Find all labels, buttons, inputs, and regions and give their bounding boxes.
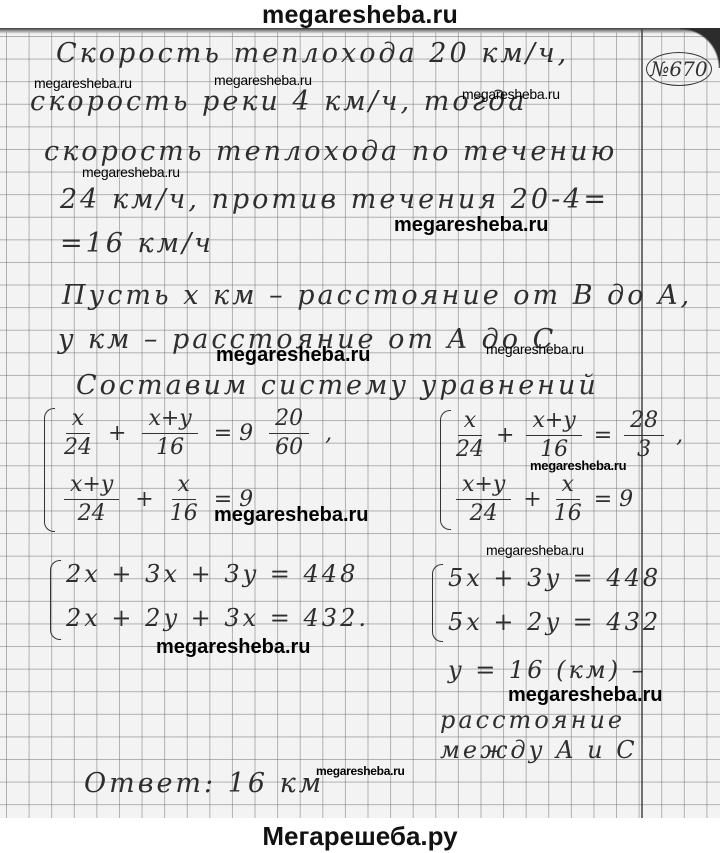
fraction: 2060 (269, 408, 309, 459)
result-line-2: расстояние (440, 706, 625, 734)
watermark: megaresheba.ru (462, 86, 560, 102)
brace (432, 564, 443, 642)
notebook-page: №670 Скорость теплохода 20 км/ч, скорост… (0, 28, 720, 818)
equation-1: x24 + x+y16 = 9 2060 , (64, 408, 332, 459)
fraction: 283 (624, 410, 664, 461)
brace (50, 560, 61, 640)
equation-2: x+y24 + x16 = 9 (456, 474, 633, 525)
watermark: megaresheba.ru (486, 542, 584, 558)
watermark: megaresheba.ru (530, 458, 626, 473)
brace (44, 408, 55, 532)
solution-line-5: =16 км/ч (60, 228, 214, 259)
watermark: megaresheba.ru (214, 504, 369, 527)
watermark: megaresheba.ru (216, 344, 371, 367)
fraction: x16 (554, 474, 582, 525)
equation-1: 5x + 3y = 448 (448, 564, 661, 592)
fraction: x+y16 (526, 410, 581, 461)
watermark: megaresheba.ru (34, 75, 132, 91)
equation-1: 2x + 3x + 3y = 448 (66, 560, 358, 588)
watermark: megaresheba.ru (156, 636, 311, 659)
solution-line-1: Скорость теплохода 20 км/ч, (56, 38, 569, 69)
site-header: megaresheba.ru (0, 0, 720, 28)
page-edge-shadow (0, 28, 720, 34)
fraction: x24 (456, 410, 484, 461)
watermark: megaresheba.ru (316, 764, 405, 778)
site-footer: Мегарешеба.ру (0, 818, 720, 853)
answer: Ответ: 16 км (84, 768, 324, 799)
fraction: x16 (170, 474, 198, 525)
solution-line-8: Составим систему уравнений (76, 370, 599, 401)
watermark: megaresheba.ru (508, 684, 663, 707)
fraction: x24 (64, 408, 92, 459)
equation-2: 5x + 2y = 432 (448, 608, 661, 636)
watermark: megaresheba.ru (82, 164, 180, 180)
fraction: x+y24 (64, 474, 119, 525)
watermark: megaresheba.ru (214, 72, 312, 88)
solution-line-6: Пусть x км – расстояние от B до A, (62, 280, 692, 311)
result-line-1: y = 16 (км) – (448, 656, 647, 684)
watermark: megaresheba.ru (486, 341, 584, 357)
solution-line-4: 24 км/ч, против течения 20-4= (60, 184, 609, 215)
equation-1: x24 + x+y16 = 283 , (456, 410, 683, 461)
fraction: x+y24 (456, 474, 511, 525)
problem-number: №670 (646, 52, 712, 86)
solution-line-3: скорость теплохода по течению (44, 136, 617, 167)
result-line-3: между A и C (440, 736, 638, 764)
watermark: megaresheba.ru (394, 214, 549, 237)
brace (440, 410, 451, 530)
fraction: x+y16 (142, 408, 197, 459)
equation-2: 2x + 2y + 3x = 432. (66, 604, 369, 632)
